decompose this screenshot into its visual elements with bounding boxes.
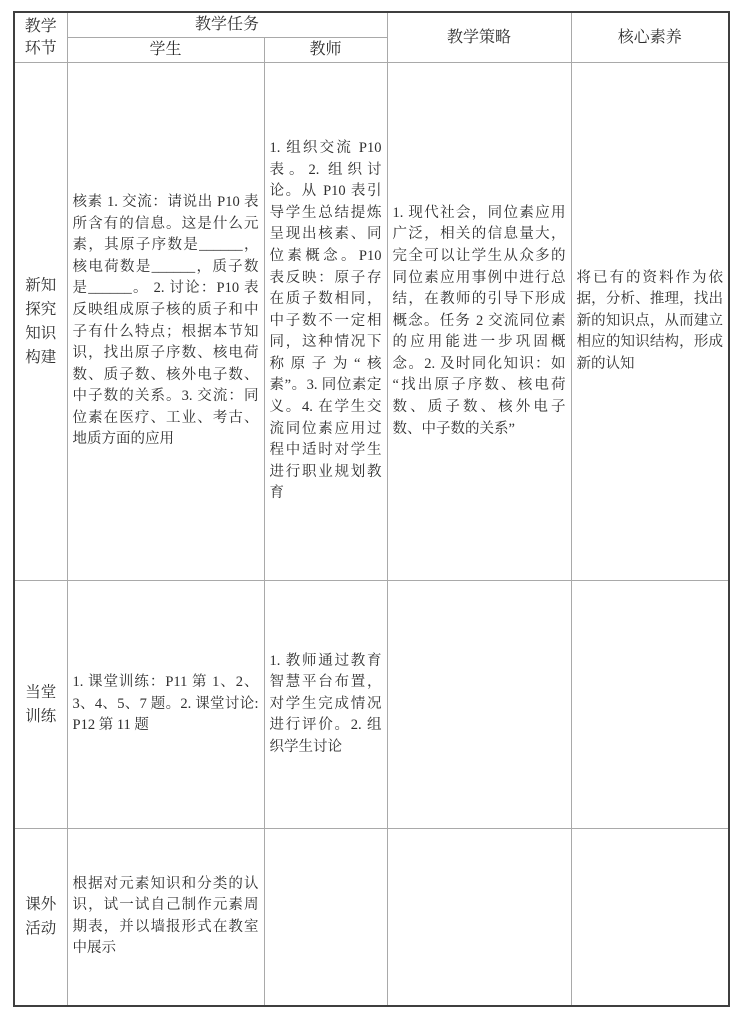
table-row: 当堂训练 1. 课堂训练：P11 第 1、2、3、4、5、7 题。2. 课堂讨论… (14, 581, 729, 829)
header-student: 学生 (67, 38, 264, 63)
header-stage: 教学环节 (14, 12, 67, 63)
competency-cell (571, 829, 729, 1006)
header-teacher: 教师 (264, 38, 387, 63)
teacher-cell (264, 829, 387, 1006)
lesson-plan-page: 教学环节 教学任务 教学策略 核心素养 学生 教师 新知探究知识构建 核素 1.… (0, 0, 742, 1018)
strategy-cell (387, 829, 571, 1006)
stage-cell: 新知探究知识构建 (14, 63, 67, 581)
header-strategy: 教学策略 (387, 12, 571, 63)
table-row: 新知探究知识构建 核素 1. 交流：请说出 P10 表所含有的信息。这是什么元素… (14, 63, 729, 581)
competency-cell: 将已有的资料作为依据，分析、推理，找出新的知识点，从而建立相应的知识结构，形成新… (571, 63, 729, 581)
header-tasks: 教学任务 (67, 12, 387, 38)
stage-cell: 课外活动 (14, 829, 67, 1006)
strategy-cell: 1. 现代社会，同位素应用广泛，相关的信息量大，完全可以让学生从众多的同位素应用… (387, 63, 571, 581)
strategy-cell (387, 581, 571, 829)
teacher-cell: 1. 教师通过教育智慧平台布置，对学生完成情况进行评价。2. 组织学生讨论 (264, 581, 387, 829)
stage-cell: 当堂训练 (14, 581, 67, 829)
student-cell: 1. 课堂训练：P11 第 1、2、3、4、5、7 题。2. 课堂讨论: P12… (67, 581, 264, 829)
teacher-cell: 1. 组织交流 P10 表。2. 组织讨论。从 P10 表引导学生总结提炼呈现出… (264, 63, 387, 581)
student-cell: 根据对元素知识和分类的认识，试一试自己制作元素周期表，并以墙报形式在教室中展示 (67, 829, 264, 1006)
table-row: 课外活动 根据对元素知识和分类的认识，试一试自己制作元素周期表，并以墙报形式在教… (14, 829, 729, 1006)
header-competency: 核心素养 (571, 12, 729, 63)
header-row-top: 教学环节 教学任务 教学策略 核心素养 (14, 12, 729, 38)
lesson-plan-table: 教学环节 教学任务 教学策略 核心素养 学生 教师 新知探究知识构建 核素 1.… (13, 11, 730, 1007)
student-cell: 核素 1. 交流：请说出 P10 表所含有的信息。这是什么元素，其原子序数是__… (67, 63, 264, 581)
competency-cell (571, 581, 729, 829)
